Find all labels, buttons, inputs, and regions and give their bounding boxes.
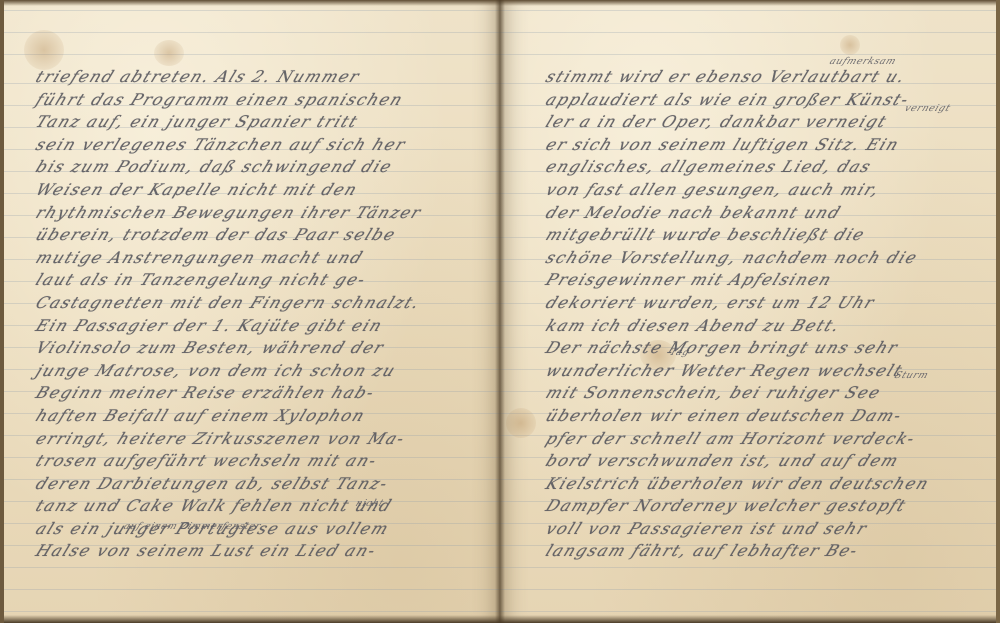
text-line: Der nächste Morgen bringt uns sehr: [500, 337, 1000, 360]
notebook-spread: triefend abtreten. Als 2. Nummer führt d…: [0, 0, 1000, 623]
text-line: Castagnetten mit den Fingern schnalzt.: [4, 292, 500, 315]
text-line: deren Darbietungen ab, selbst Tanz-: [4, 473, 500, 496]
text-line: erringt, heitere Zirkusszenen von Ma-: [4, 428, 500, 451]
interlinear-note: nicht: [354, 498, 386, 509]
text-line: Beginn meiner Reise erzählen hab-: [4, 382, 500, 405]
text-line: bord verschwunden ist, und auf dem: [500, 450, 1000, 473]
text-line: mutige Anstrengungen macht und: [4, 247, 500, 270]
text-line: überein, trotzdem der das Paar selbe: [4, 224, 500, 247]
text-line: Preisgewinner mit Apfelsinen: [500, 269, 1000, 292]
text-line: Violinsolo zum Besten, während der: [4, 337, 500, 360]
text-line: Ein Passagier der 1. Kajüte gibt ein: [4, 315, 500, 338]
text-line: voll von Passagieren ist und sehr: [500, 518, 1000, 541]
interlinear-note: Sturm: [893, 370, 930, 381]
right-page: stimmt wird er ebenso Verlautbart u. app…: [500, 0, 1000, 623]
text-line: sein verlegenes Tänzchen auf sich her: [4, 134, 500, 157]
page-top-edge: [500, 0, 996, 6]
interlinear-note: verneigt: [903, 103, 952, 114]
left-page-text: triefend abtreten. Als 2. Nummer führt d…: [4, 66, 500, 563]
text-line: stimmt wird er ebenso Verlautbart u.: [500, 66, 1000, 89]
text-line: dekoriert wurden, erst um 12 Uhr: [500, 292, 1000, 315]
text-line: der Melodie nach bekannt und: [500, 202, 1000, 225]
paper-stain: [840, 35, 860, 55]
page-bottom-edge: [500, 615, 996, 623]
text-line: haften Beifall auf einem Xylophon: [4, 405, 500, 428]
text-line: Halse von seinem Lust ein Lied an-: [4, 540, 500, 563]
interlinear-note: aufmerksam: [828, 56, 898, 67]
text-line: Tanz auf, ein junger Spanier tritt: [4, 111, 500, 134]
text-line: schöne Vorstellung, nachdem noch die: [500, 247, 1000, 270]
page-top-edge: [4, 0, 500, 6]
text-line: von fast allen gesungen, auch mir,: [500, 179, 1000, 202]
interlinear-note: auf einem Zimmerfenster: [122, 521, 263, 532]
text-line: mit Sonnenschein, bei ruhiger See: [500, 382, 1000, 405]
text-line: mitgebrüllt wurde beschließt die: [500, 224, 1000, 247]
text-line: trosen aufgeführt wechseln mit an-: [4, 450, 500, 473]
text-line: führt das Programm einen spanischen: [4, 89, 500, 112]
text-line: junge Matrose, von dem ich schon zu: [4, 360, 500, 383]
text-line: ler a in der Oper, dankbar verneigt: [500, 111, 1000, 134]
text-line: pfer der schnell am Horizont verdeck-: [500, 428, 1000, 451]
right-page-text: stimmt wird er ebenso Verlautbart u. app…: [500, 66, 996, 563]
left-page: triefend abtreten. Als 2. Nummer führt d…: [0, 0, 500, 623]
text-line: überholen wir einen deutschen Dam-: [500, 405, 1000, 428]
text-line: laut als in Tanzengelung nicht ge-: [4, 269, 500, 292]
paper-stain: [24, 30, 64, 70]
text-line: tanz und Cake Walk fehlen nicht und: [4, 495, 500, 518]
text-line: triefend abtreten. Als 2. Nummer: [4, 66, 500, 89]
text-line: Weisen der Kapelle nicht mit den: [4, 179, 500, 202]
text-line: langsam fährt, auf lebhafter Be-: [500, 540, 1000, 563]
page-bottom-edge: [4, 615, 500, 623]
paper-stain: [154, 40, 184, 66]
text-line: er sich von seinem luftigen Sitz. Ein: [500, 134, 1000, 157]
text-line: Kielstrich überholen wir den deutschen: [500, 473, 1000, 496]
text-line: bis zum Podium, daß schwingend die: [4, 156, 500, 179]
text-line: kam ich diesen Abend zu Bett.: [500, 315, 1000, 338]
text-line: Dampfer Norderney welcher gestopft: [500, 495, 1000, 518]
text-line: rhythmischen Bewegungen ihrer Tänzer: [4, 202, 500, 225]
text-line: englisches, allgemeines Lied, das: [500, 156, 1000, 179]
